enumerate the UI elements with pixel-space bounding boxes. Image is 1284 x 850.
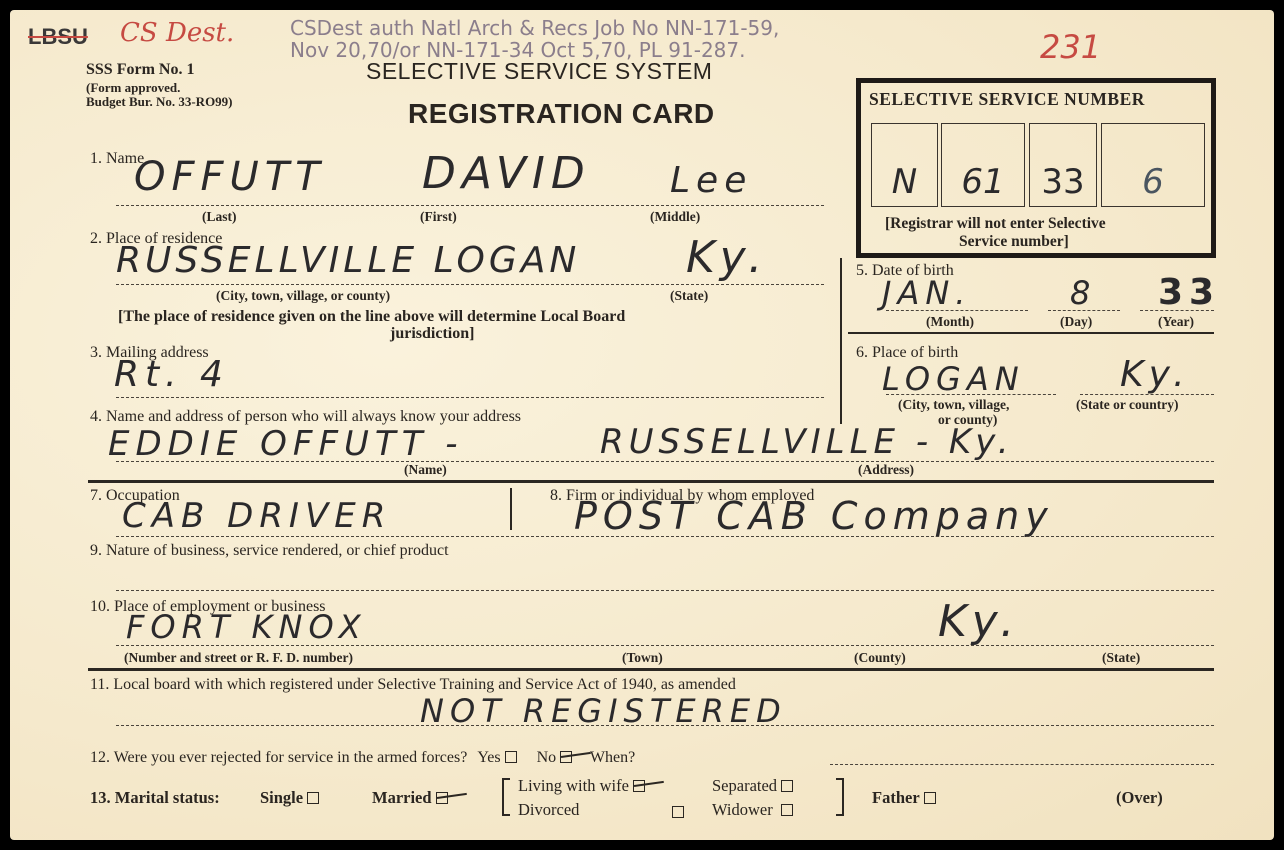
marital-bracket-left [502,778,510,816]
employment-street-value: FORT KNOX [126,608,367,646]
rejected-no-label: No [537,749,557,766]
ssn-title: SELECTIVE SERVICE NUMBER [869,89,1145,110]
lbsu-stamp: LBSU [28,24,88,50]
contact-address-value: RUSSELLVILLE - Ky. [600,422,1014,462]
nature-line [116,590,1214,591]
father-label: Father [872,788,920,807]
ssn-cell-1-value: N [892,162,917,202]
card-title: REGISTRATION CARD [408,98,715,130]
marital-married: Married [372,788,448,808]
local-board-line [116,725,1214,726]
contact-address-caption: (Address) [858,462,914,478]
dob-day-value: 8 [1070,274,1096,312]
living-with-wife-label: Living with wife [518,776,629,795]
ssn-cell-2-value: 61 [961,162,1004,202]
ssn-cell-2: 61 [941,123,1025,207]
ssn-note-line1: [Registrar will not enter Selective [885,215,1106,233]
birthplace-state-value: Ky. [1120,354,1191,395]
form-number: SSS Form No. 1 [86,61,194,79]
ssn-cell-1: N [871,123,938,207]
single-label: Single [260,788,303,807]
rejected-yes-checkbox[interactable] [505,751,517,763]
employment-town-caption: (Town) [622,650,663,666]
residence-state-caption: (State) [670,288,708,304]
married-label: Married [372,788,432,807]
budget-bureau-number: Budget Bur. No. 33-RO99) [86,94,233,110]
selective-service-number-box: SELECTIVE SERVICE NUMBER N 61 33 6 [Regi… [856,78,1216,258]
dob-year-line [1140,310,1214,311]
marital-label: 13. Marital status: [90,788,220,808]
rejected-when-line [830,764,1214,765]
residence-line [116,284,824,285]
employment-line [116,645,1214,646]
father-checkbox[interactable] [924,792,936,804]
living-with-wife-checkbox[interactable] [633,780,645,792]
contact-name-value: EDDIE OFFUTT - [108,424,464,464]
middle-caption: (Middle) [650,209,700,225]
destruction-stamp-line1: CSDest auth Natl Arch & Recs Job No NN-1… [290,16,779,40]
employer-value: POST CAB Company [574,494,1054,538]
birthplace-state-line [1080,394,1214,395]
dob-month-value: JAN. [882,274,971,312]
contact-name-caption: (Name) [404,462,447,478]
dob-day-line [1048,310,1120,311]
rejected-when-label: When? [590,749,635,766]
father: Father [872,788,936,808]
ssn-cell-4: 6 [1101,123,1205,207]
rejected-yes-label: Yes [477,749,500,766]
ssn-cell-3-value: 33 [1041,162,1084,202]
name-line [116,205,824,206]
rejected-no-checkbox[interactable] [560,751,572,763]
widower-label: Widower [712,800,773,819]
residence-state-value: Ky. [686,232,768,283]
rejected-row: 12. Were you ever rejected for service i… [90,749,635,767]
separated-label: Separated [712,776,777,795]
mailing-line [116,397,824,398]
divorced-label: Divorced [518,800,579,819]
name-first-value: DAVID [422,148,591,199]
employment-street-caption: (Number and street or R. F. D. number) [124,650,353,666]
cs-dest-annotation: CS Dest. [120,18,234,48]
widower-checkbox[interactable] [781,804,793,816]
dob-month-line [886,310,1028,311]
name-middle-value: Lee [670,160,752,201]
nature-label: 9. Nature of business, service rendered,… [90,542,449,560]
dob-year-caption: (Year) [1158,314,1194,330]
section-divider-1 [88,480,1214,483]
dob-day-caption: (Day) [1060,314,1092,330]
agency-title: SELECTIVE SERVICE SYSTEM [366,58,712,85]
last-caption: (Last) [202,209,237,225]
marital-single: Single [260,788,319,808]
page-number-annotation: 231 [1040,28,1101,66]
separated: Separated [712,776,793,796]
marital-bracket-right [836,778,844,816]
first-caption: (First) [420,209,457,225]
single-checkbox[interactable] [307,792,319,804]
divorced: Divorced [518,800,579,820]
registration-card: LBSU CS Dest. CSDest auth Natl Arch & Re… [10,10,1274,840]
birthplace-city-line [886,394,1056,395]
contact-line [116,461,1214,462]
section-divider-2 [88,668,1214,671]
birthplace-city-value: LOGAN [882,360,1025,398]
ssn-cell-3: 33 [1029,123,1097,207]
residence-city-caption: (City, town, village, or county) [216,288,390,304]
occupation-line [116,536,1214,537]
dob-month-caption: (Month) [926,314,974,330]
married-checkbox[interactable] [436,792,448,804]
dob-year-value: 33 [1158,272,1220,313]
separated-checkbox[interactable] [781,780,793,792]
residence-note-line2: jurisdiction] [390,325,474,343]
divorced-checkbox[interactable] [672,806,684,818]
ssn-cell-4-value: 6 [1142,162,1164,202]
living-with-wife: Living with wife [518,776,645,796]
widower: Widower [712,800,793,820]
birthplace-city-caption-line1: (City, town, village, [898,397,1009,413]
ssn-note-line2: Service number] [959,233,1069,251]
mailing-value: Rt. 4 [114,354,229,395]
over-note: (Over) [1116,788,1163,808]
employment-county-caption: (County) [854,650,906,666]
name-last-value: OFFUTT [134,154,326,200]
dob-divider [848,332,1214,334]
employment-state-value: Ky. [938,596,1020,647]
occupation-divider [510,488,512,530]
residence-note-line1: [The place of residence given on the lin… [118,308,625,326]
residence-city-value: RUSSELLVILLE LOGAN [116,240,580,281]
rejected-label: 12. Were you ever rejected for service i… [90,749,467,766]
birthplace-state-caption: (State or country) [1076,397,1178,413]
right-column-divider [840,258,842,424]
employment-state-caption: (State) [1102,650,1140,666]
occupation-value: CAB DRIVER [122,496,391,536]
